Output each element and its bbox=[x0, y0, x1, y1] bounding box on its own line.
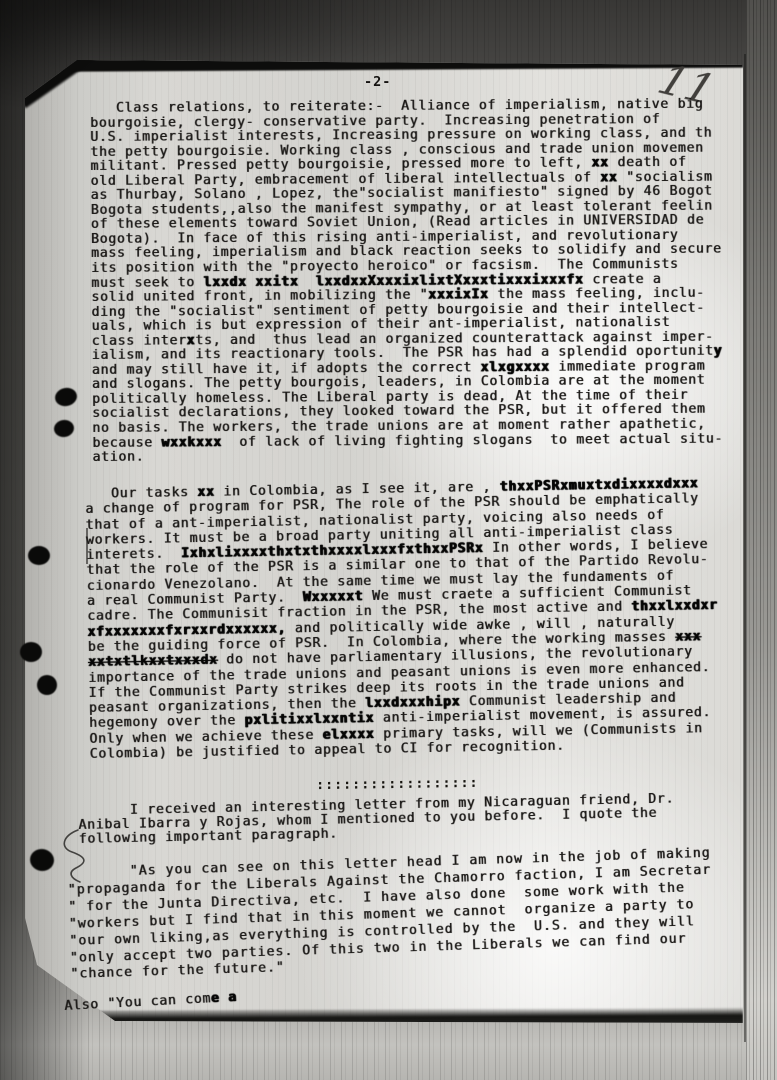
typewriter-overstrike: Wxxxxxt bbox=[303, 589, 364, 605]
scanner-right-streaks bbox=[746, 0, 777, 1080]
paper-right-edge-line bbox=[744, 54, 746, 1042]
typewritten-text: death of bbox=[609, 155, 687, 171]
ink-blot-dot bbox=[37, 675, 57, 695]
typewriter-overstrike: xx bbox=[197, 485, 215, 500]
typewritten-text: ation. bbox=[92, 450, 144, 465]
typewritten-text: of lack of living fighting slogans to me… bbox=[222, 431, 723, 449]
ink-blot-dot bbox=[28, 546, 50, 565]
paragraph-our-tasks: Our tasks xx in Colombia, as I see it, a… bbox=[85, 476, 720, 762]
paragraph-class-relations: Class relations, to reiterate:- Alliance… bbox=[90, 98, 723, 466]
ink-blot-dot bbox=[20, 642, 42, 662]
typewriter-overstrike: xlxgxxxx bbox=[481, 360, 550, 375]
typewritten-text: create a bbox=[584, 272, 662, 288]
typewriter-overstrike: elxxxx bbox=[323, 727, 375, 743]
paragraph-letter-quote: "As you can see on this letter head I am… bbox=[67, 846, 714, 985]
page-number: -2- bbox=[364, 74, 391, 90]
typewriter-overstrike: y bbox=[714, 344, 723, 359]
handwritten-squiggle bbox=[58, 828, 110, 886]
typewriter-overstrike: wxxkxxx bbox=[161, 435, 222, 450]
typewritten-text: must seek to bbox=[91, 275, 203, 291]
typewriter-overstrike: e a bbox=[211, 990, 238, 1006]
typewriter-overstrike: thxxlxxdxr bbox=[631, 598, 718, 615]
pen-mark bbox=[86, 528, 88, 564]
typewriter-overstrike: xxxixIx bbox=[428, 287, 489, 302]
typewritten-text: "socialism bbox=[618, 169, 713, 185]
typewriter-overstrike: x bbox=[187, 333, 196, 348]
typewritten-text: class inter bbox=[92, 333, 187, 349]
colon-divider: :::::::::::::::::: bbox=[316, 775, 479, 793]
typewriter-overstrike: xxx bbox=[675, 629, 701, 644]
typewritten-text: because bbox=[92, 435, 161, 450]
scanned-document-page: -2- 11 Class relations, to reiterate:- A… bbox=[0, 0, 777, 1080]
typewriter-overstrike: xx bbox=[591, 156, 608, 171]
typewriter-overstrike: xx bbox=[600, 170, 617, 185]
